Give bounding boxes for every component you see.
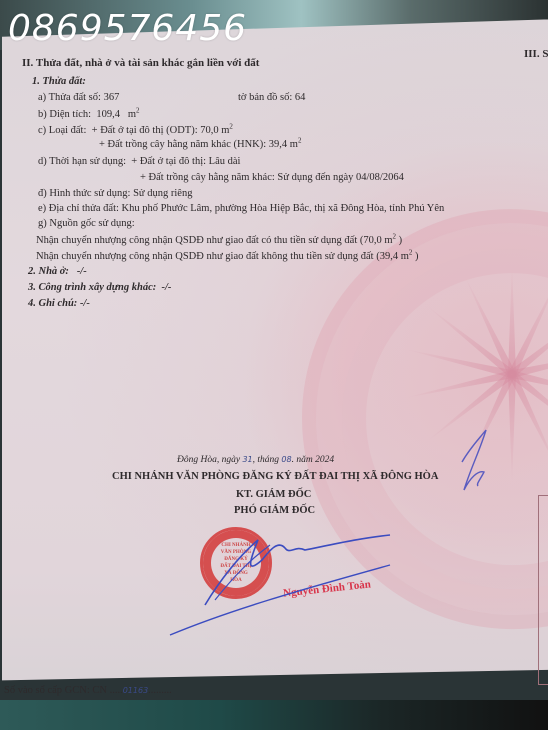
official-stamp: CHI NHÁNH VĂN PHÒNG ĐĂNG KÝ ĐẤT ĐAI THỊ … <box>200 527 272 599</box>
issuing-office: CHI NHÁNH VĂN PHÒNG ĐĂNG KÝ ĐẤT ĐAI THỊ … <box>112 471 438 482</box>
registry-number-row: Số vào sổ cấp GCN: CN .....01163........… <box>4 685 172 696</box>
registry-label: Số vào sổ cấp GCN: CN <box>4 685 107 696</box>
place-date: Đông Hòa, ngày 31, tháng 08. năm 2024 <box>177 455 334 465</box>
notes-label: 4. Ghi chú: <box>28 298 77 309</box>
area-unit: m <box>128 109 136 120</box>
land-type-odt: + Đất ở tại đô thị (ODT): 70,0 m <box>92 125 230 136</box>
handwritten-month: 08 <box>281 455 291 464</box>
other-construction-row: 3. Công trình xây dựng khác: -/- <box>28 282 171 293</box>
background-bottom <box>0 700 548 730</box>
notes-row: 4. Ghi chú: -/- <box>28 298 90 309</box>
usage-term-hnk: + Đất trồng cây hằng năm khác: Sử dụng đ… <box>140 172 404 183</box>
parcel-address: e) Địa chỉ thửa đất: Khu phố Phước Lâm, … <box>38 203 444 214</box>
other-construction-label: 3. Công trình xây dựng khác: <box>28 282 156 293</box>
house-value: -/- <box>77 266 87 277</box>
stamp-center-text: CHI NHÁNH VĂN PHÒNG ĐĂNG KÝ ĐẤT ĐAI THỊ … <box>219 542 253 584</box>
certificate-page <box>2 16 548 711</box>
next-section-title: III. S <box>524 48 548 60</box>
usage-form: đ) Hình thức sử dụng: Sử dụng riêng <box>38 188 192 199</box>
origin-item: Nhận chuyển nhượng công nhận QSDĐ như gi… <box>36 251 419 262</box>
usage-term-odt: + Đất ở tại đô thị: Lâu dài <box>131 156 240 167</box>
origin-item: Nhận chuyển nhượng công nhận QSDĐ như gi… <box>36 235 402 246</box>
notes-value: -/- <box>80 298 90 309</box>
position-line-1: KT. GIÁM ĐỐC <box>236 489 311 500</box>
side-frame <box>538 495 548 685</box>
house-row: 2. Nhà ở: -/- <box>28 266 87 277</box>
other-construction-value: -/- <box>161 282 171 293</box>
land-parcel-heading: 1. Thửa đất: <box>32 76 86 87</box>
parcel-number-value: 367 <box>104 92 120 103</box>
usage-term-label: d) Thời hạn sử dụng: <box>38 156 126 167</box>
origin-label: g) Nguồn gốc sử dụng: <box>38 218 135 229</box>
handwritten-day: 31 <box>242 455 252 464</box>
area-value: 109,4 <box>96 109 120 120</box>
usage-term-row: d) Thời hạn sử dụng: + Đất ở tại đô thị:… <box>38 156 240 167</box>
area-label: b) Diện tích: <box>38 109 91 120</box>
map-sheet-value: 64 <box>295 92 306 103</box>
phone-number-overlay: 0869576456 <box>8 8 247 49</box>
map-sheet-row: tờ bản đồ số: 64 <box>238 92 305 103</box>
land-type-row: c) Loại đất: + Đất ở tại đô thị (ODT): 7… <box>38 125 233 136</box>
land-type-hnk-row: + Đất trồng cây hằng năm khác (HNK): 39,… <box>99 139 301 150</box>
section-title: II. Thửa đất, nhà ở và tài sản khác gắn … <box>22 57 259 69</box>
registry-number: 01163 <box>123 686 148 695</box>
area-row: b) Diện tích: 109,4 m2 <box>38 109 140 120</box>
land-type-label: c) Loại đất: <box>38 125 86 136</box>
land-type-hnk: + Đất trồng cây hằng năm khác (HNK): 39,… <box>99 139 298 150</box>
map-sheet-label: tờ bản đồ số: <box>238 92 292 103</box>
house-label: 2. Nhà ở: <box>28 266 69 277</box>
parcel-number-label: a) Thửa đất số: <box>38 92 101 103</box>
parcel-number-row: a) Thửa đất số: 367 <box>38 92 119 103</box>
position-line-2: PHÓ GIÁM ĐỐC <box>234 505 315 516</box>
